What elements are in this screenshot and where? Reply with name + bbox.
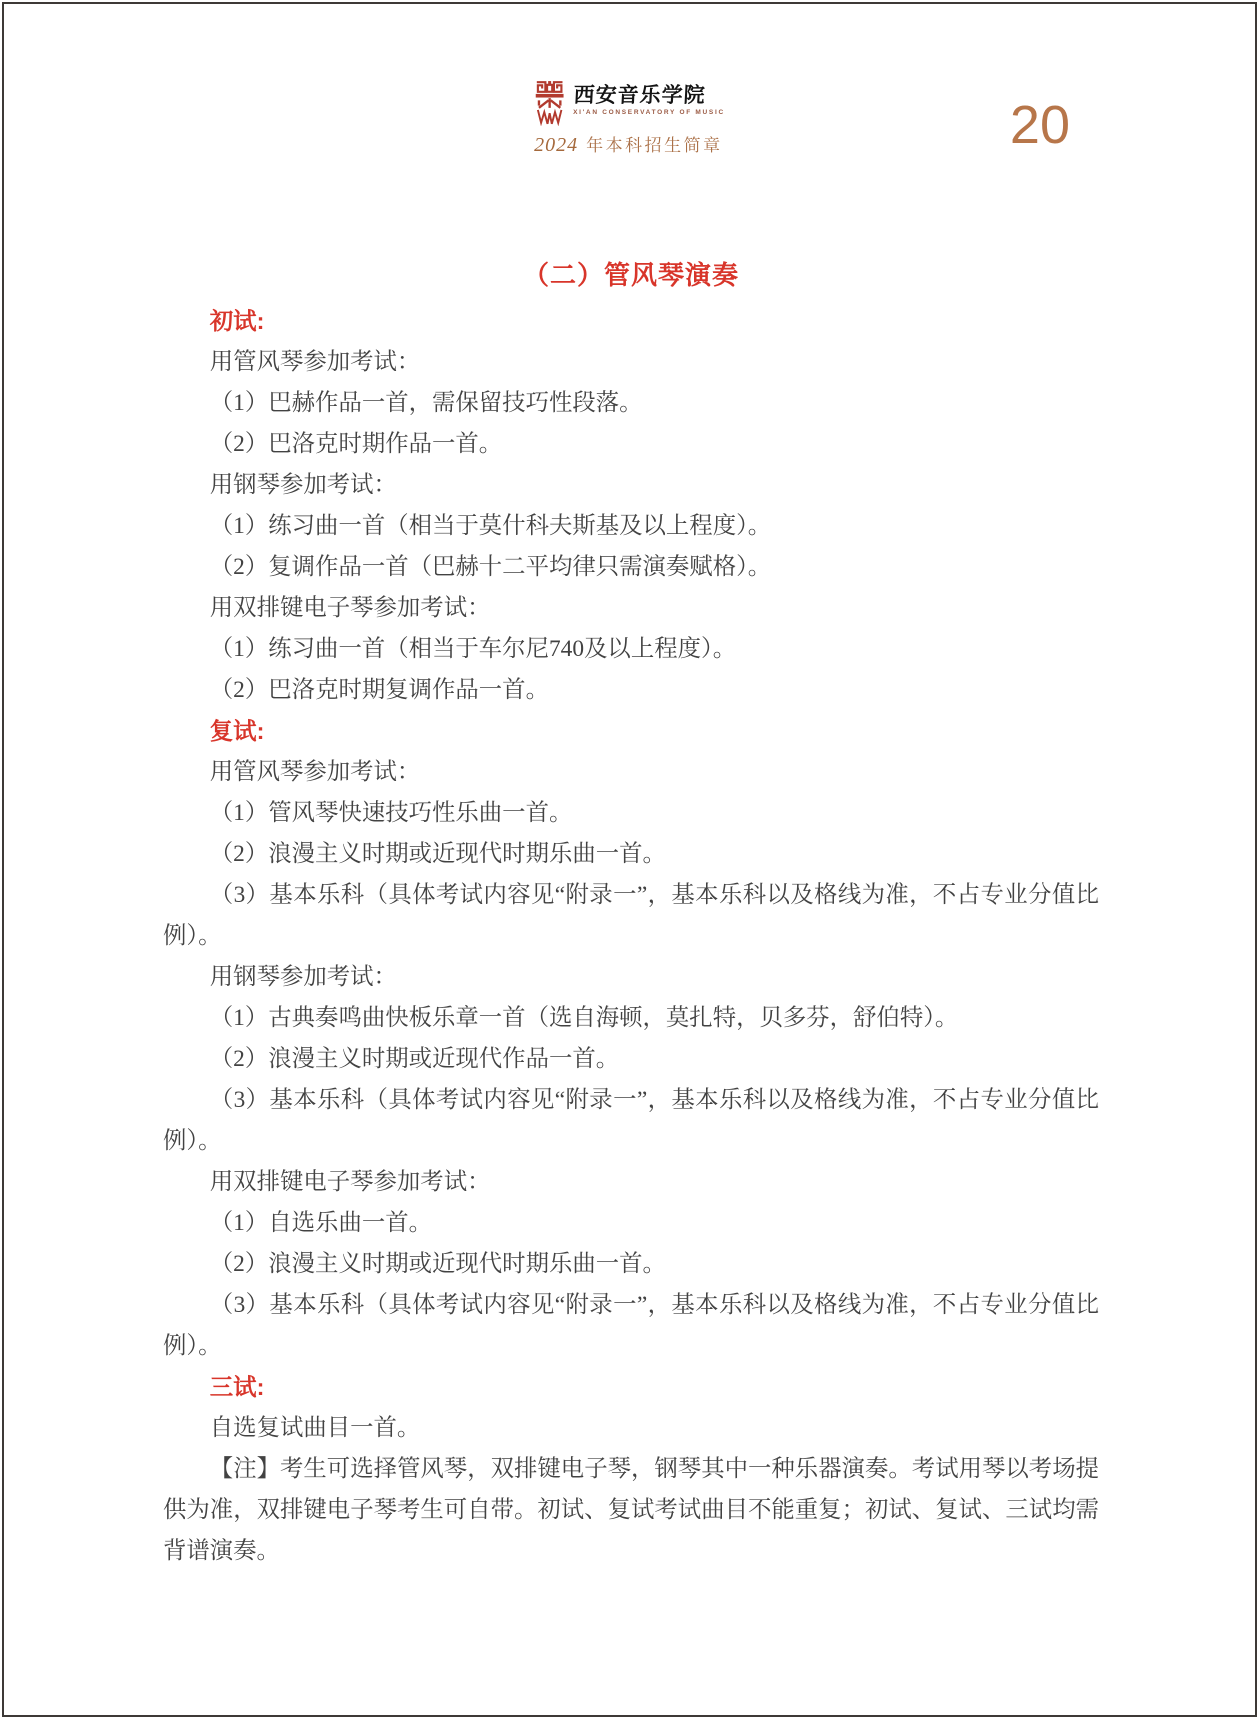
logo-top: 西安音乐学院 XI'AN CONSERVATORY OF MUSIC xyxy=(534,80,725,126)
paragraph: 用双排键电子琴参加考试： xyxy=(163,1162,1099,1203)
logo-cn-name: 西安音乐学院 xyxy=(573,84,726,107)
paragraph: （1）巴赫作品一首，需保留技巧性段落。 xyxy=(163,383,1099,424)
section-heading-first-round: 初试: xyxy=(163,301,1099,342)
paragraph: 用钢琴参加考试： xyxy=(163,957,1099,998)
page-number: 20 xyxy=(1010,98,1070,152)
logo-subtitle: 年本科招生简章 xyxy=(586,131,723,156)
paragraph: （3）基本乐科（具体考试内容见“附录一”，基本乐科以及格线为准，不占专业分值比例… xyxy=(163,875,1099,957)
paragraph: 用钢琴参加考试： xyxy=(163,465,1099,506)
paragraph: 自选复试曲目一首。 xyxy=(163,1408,1099,1449)
logo: 西安音乐学院 XI'AN CONSERVATORY OF MUSIC 2024 … xyxy=(534,80,725,157)
conservatory-seal-icon xyxy=(534,80,564,126)
logo-names: 西安音乐学院 XI'AN CONSERVATORY OF MUSIC xyxy=(573,80,725,117)
paragraph: （2）巴洛克时期复调作品一首。 xyxy=(163,670,1099,711)
paragraph: （1）练习曲一首（相当于莫什科夫斯基及以上程度）。 xyxy=(163,506,1099,547)
section-heading-second-round: 复试: xyxy=(163,711,1099,752)
paragraph: （2）巴洛克时期作品一首。 xyxy=(163,424,1099,465)
paragraph: （2）复调作品一首（巴赫十二平均律只需演奏赋格）。 xyxy=(163,547,1099,588)
paragraph: 用双排键电子琴参加考试： xyxy=(163,588,1099,629)
logo-year-line: 2024 年本科招生简章 xyxy=(534,131,723,157)
paragraph: （2）浪漫主义时期或近现代时期乐曲一首。 xyxy=(163,1244,1099,1285)
paragraph: （3）基本乐科（具体考试内容见“附录一”，基本乐科以及格线为准，不占专业分值比例… xyxy=(163,1285,1099,1367)
paragraph: （1）练习曲一首（相当于车尔尼740及以上程度）。 xyxy=(163,629,1099,670)
page-header: 西安音乐学院 XI'AN CONSERVATORY OF MUSIC 2024 … xyxy=(0,0,1259,170)
paragraph: （1）自选乐曲一首。 xyxy=(163,1203,1099,1244)
logo-year-number: 2024 xyxy=(534,134,578,157)
logo-en-name: XI'AN CONSERVATORY OF MUSIC xyxy=(573,110,725,117)
document-body: 初试: 用管风琴参加考试： （1）巴赫作品一首，需保留技巧性段落。 （2）巴洛克… xyxy=(163,301,1099,1572)
section-heading-third-round: 三试: xyxy=(163,1367,1099,1408)
document-title: （二）管风琴演奏 xyxy=(163,255,1099,296)
note-paragraph: 【注】考生可选择管风琴，双排键电子琴，钢琴其中一种乐器演奏。考试用琴以考场提供为… xyxy=(163,1449,1099,1572)
paragraph: （1）古典奏鸣曲快板乐章一首（选自海顿，莫扎特，贝多芬，舒伯特）。 xyxy=(163,998,1099,1039)
paragraph: （3）基本乐科（具体考试内容见“附录一”，基本乐科以及格线为准，不占专业分值比例… xyxy=(163,1080,1099,1162)
page: 西安音乐学院 XI'AN CONSERVATORY OF MUSIC 2024 … xyxy=(0,0,1259,1719)
paragraph: 用管风琴参加考试： xyxy=(163,342,1099,383)
paragraph: 用管风琴参加考试： xyxy=(163,752,1099,793)
paragraph: （2）浪漫主义时期或近现代作品一首。 xyxy=(163,1039,1099,1080)
paragraph: （1）管风琴快速技巧性乐曲一首。 xyxy=(163,793,1099,834)
paragraph: （2）浪漫主义时期或近现代时期乐曲一首。 xyxy=(163,834,1099,875)
